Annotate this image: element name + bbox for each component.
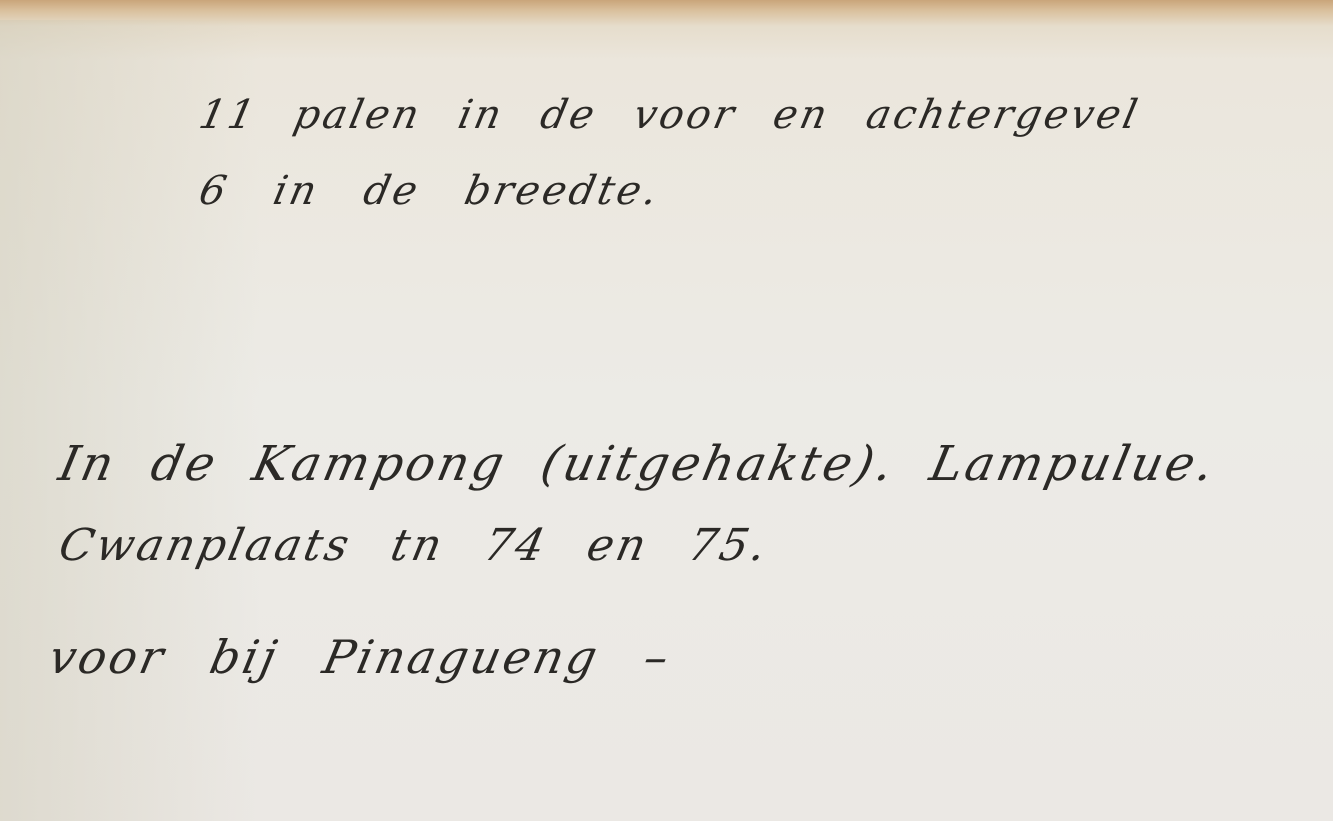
handwritten-line-5: voor bij Pinagueng – [44,630,676,684]
paper-shading [0,20,260,821]
handwritten-line-4: Cwanplaats tn 74 en 75. [55,520,774,571]
handwritten-line-2: 6 in de breedte. [195,168,664,214]
handwritten-line-3: In de Kampong (uitgehakte). Lampulue. [54,436,1221,492]
handwritten-line-1: 11 palen in de voor en achtergevel [195,92,1144,138]
